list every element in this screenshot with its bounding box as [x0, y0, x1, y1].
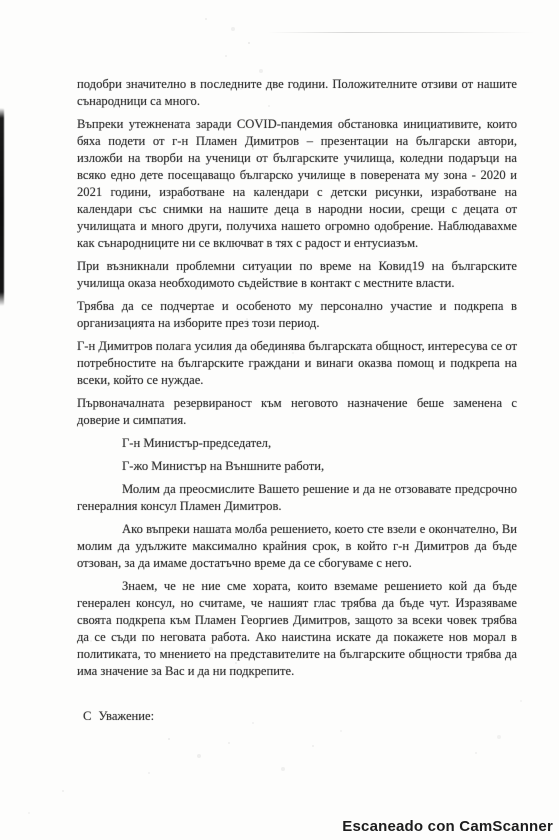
paragraph-request-extension: Ако въпреки нашата молба решението, коет… [77, 521, 517, 572]
closing-salutation: С Уважение: [83, 708, 517, 725]
salutation-foreign-minister: Г-жо Министър на Външните работи, [77, 458, 517, 475]
fold-crease-line [268, 32, 534, 33]
paragraph-elections: Трябва да се подчертае и особеното му пе… [77, 298, 517, 332]
scan-noise-speckles-bottom [0, 0, 2, 2]
paragraph-continuation: подобри значително в последните две годи… [77, 76, 517, 110]
paragraph-request-reconsider: Молим да преосмислите Вашето решение и д… [77, 481, 517, 515]
letter-body: подобри значително в последните две годи… [77, 76, 517, 731]
scanned-letter-page: подобри значително в последните две годи… [0, 0, 559, 840]
paragraph-covid-assistance: При възникнали проблемни ситуации по вре… [77, 258, 517, 292]
camscanner-watermark-label: Escaneado con CamScanner [342, 818, 553, 835]
paragraph-initiatives: Въпреки утежнената заради COVID-пандемия… [77, 116, 517, 252]
paragraph-support-statement: Знаем, че не ние сме хората, които взема… [77, 578, 517, 680]
salutation-prime-minister: Г-н Министър-председател, [77, 435, 517, 452]
scan-edge-artifact [0, 108, 4, 306]
paragraph-trust: Първоначалната резервираност към неговот… [77, 395, 517, 429]
paragraph-community: Г-н Димитров полага усилия да обединява … [77, 338, 517, 389]
